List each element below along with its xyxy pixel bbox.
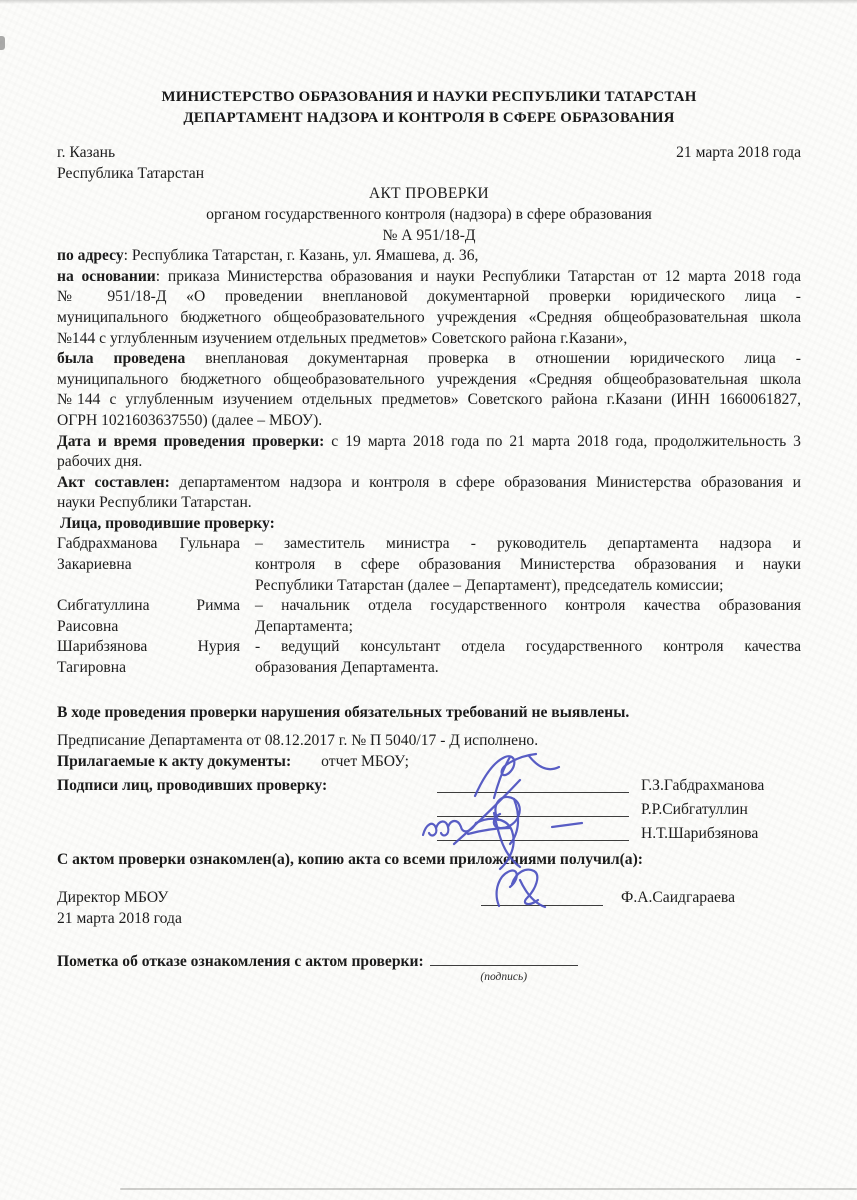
director-row: Директор МБОУ Ф.А.Саидгараева (57, 883, 801, 909)
paragraph-basis-label: на основании (57, 268, 156, 285)
paragraph-address: по адресу: Республика Татарстан, г. Каза… (57, 246, 801, 267)
inspector-name: Габдрахманова Гульнара Закариевна (57, 534, 240, 596)
scan-artifact-top-edge (0, 0, 857, 4)
signatory-name: Н.Т.Шарибзянова (641, 824, 801, 845)
act-title: АКТ ПРОВЕРКИ (57, 184, 801, 205)
refusal-signature-line: (подпись) (430, 952, 578, 966)
inspectors-heading: Лица, проводившие проверку: (57, 514, 801, 535)
signature-row: Р.Р.Сибгатуллин (57, 796, 801, 820)
inspector-row: Габдрахманова Гульнара Закариевна – заме… (57, 534, 801, 596)
prescription-statement: Предписание Департамента от 08.12.2017 г… (57, 731, 801, 752)
attachments-label: Прилагаемые к акту документы: (57, 753, 291, 770)
act-number: № А 951/18-Д (57, 226, 801, 247)
conclusion-statement: В ходе проведения проверки нарушения обя… (57, 703, 801, 724)
signatures-label: Подписи лиц, проводивших проверку: (57, 776, 327, 797)
title-block: АКТ ПРОВЕРКИ органом государственного ко… (57, 184, 801, 246)
signatures-block: Подписи лиц, проводивших проверку: Г.З.Г… (57, 772, 801, 844)
director-signature-line (481, 903, 603, 906)
paragraph-composed: Акт составлен: департаментом надзора и к… (57, 473, 801, 514)
signature-line (437, 790, 629, 793)
scanned-document: МИНИСТЕРСТВО ОБРАЗОВАНИЯ И НАУКИ РЕСПУБЛ… (0, 0, 857, 1200)
city-label: г. Казань (57, 143, 115, 164)
signature-caption: (подпись) (430, 967, 578, 988)
paragraph-dates-label: Дата и время проведения проверки: (57, 433, 324, 450)
signature-line (437, 838, 629, 841)
scan-artifact-left-smudge (0, 36, 5, 50)
acknowledgement-statement: С актом проверки ознакомлен(а), копию ак… (57, 850, 801, 871)
paragraph-inspection: была проведена внеплановая документарная… (57, 349, 801, 431)
inspector-name: Шарибзянова Нурия Тагировна (57, 637, 240, 678)
inspector-row: Шарибзянова Нурия Тагировна - ведущий ко… (57, 637, 801, 678)
act-subtitle: органом государственного контроля (надзо… (57, 205, 801, 226)
ministry-name: МИНИСТЕРСТВО ОБРАЗОВАНИЯ И НАУКИ РЕСПУБЛ… (57, 87, 801, 108)
paragraph-address-text: : Республика Татарстан, г. Казань, ул. Я… (124, 247, 479, 264)
inspector-row: Сибгатуллина Римма Раисовна – начальник … (57, 596, 801, 637)
signatory-name: Г.З.Габдрахманова (641, 776, 801, 797)
document-header: МИНИСТЕРСТВО ОБРАЗОВАНИЯ И НАУКИ РЕСПУБЛ… (57, 87, 801, 128)
paragraph-dates: Дата и время проведения проверки: с 19 м… (57, 432, 801, 473)
signature-row: Н.Т.Шарибзянова (57, 820, 801, 844)
refusal-label: Пометка об отказе ознакомления с актом п… (57, 953, 424, 970)
place-date-row: г. Казань 21 марта 2018 года (57, 143, 801, 164)
attachments-value: отчет МБОУ; (321, 753, 409, 770)
region-label: Республика Татарстан (57, 164, 801, 185)
inspector-role: - ведущий консультант отдела государстве… (255, 637, 801, 678)
inspector-role: – заместитель министра - руководитель де… (255, 534, 801, 596)
paragraph-address-label: по адресу (57, 247, 124, 264)
paragraph-inspection-label: была проведена (57, 350, 185, 367)
acknowledgement-date: 21 марта 2018 года (57, 909, 801, 930)
document-date: 21 марта 2018 года (676, 143, 801, 164)
signatory-name: Р.Р.Сибгатуллин (641, 800, 801, 821)
signature-line (437, 814, 629, 817)
paragraph-composed-label: Акт составлен: (57, 474, 170, 491)
department-name: ДЕПАРТАМЕНТ НАДЗОРА И КОНТРОЛЯ В СФЕРЕ О… (57, 108, 801, 129)
inspector-name: Сибгатуллина Римма Раисовна (57, 596, 240, 637)
director-name: Ф.А.Саидгараева (621, 888, 801, 909)
signature-row: Подписи лиц, проводивших проверку: Г.З.Г… (57, 772, 801, 796)
refusal-row: Пометка об отказе ознакомления с актом п… (57, 952, 801, 973)
paragraph-basis: на основании: приказа Министерства образ… (57, 267, 801, 349)
inspector-role: – начальник отдела государственного конт… (255, 596, 801, 637)
document-content: МИНИСТЕРСТВО ОБРАЗОВАНИЯ И НАУКИ РЕСПУБЛ… (57, 87, 801, 972)
director-label: Директор МБОУ (57, 888, 168, 909)
scan-artifact-bottom-edge (120, 1188, 857, 1190)
attachments-row: Прилагаемые к акту документы:отчет МБОУ; (57, 752, 801, 773)
